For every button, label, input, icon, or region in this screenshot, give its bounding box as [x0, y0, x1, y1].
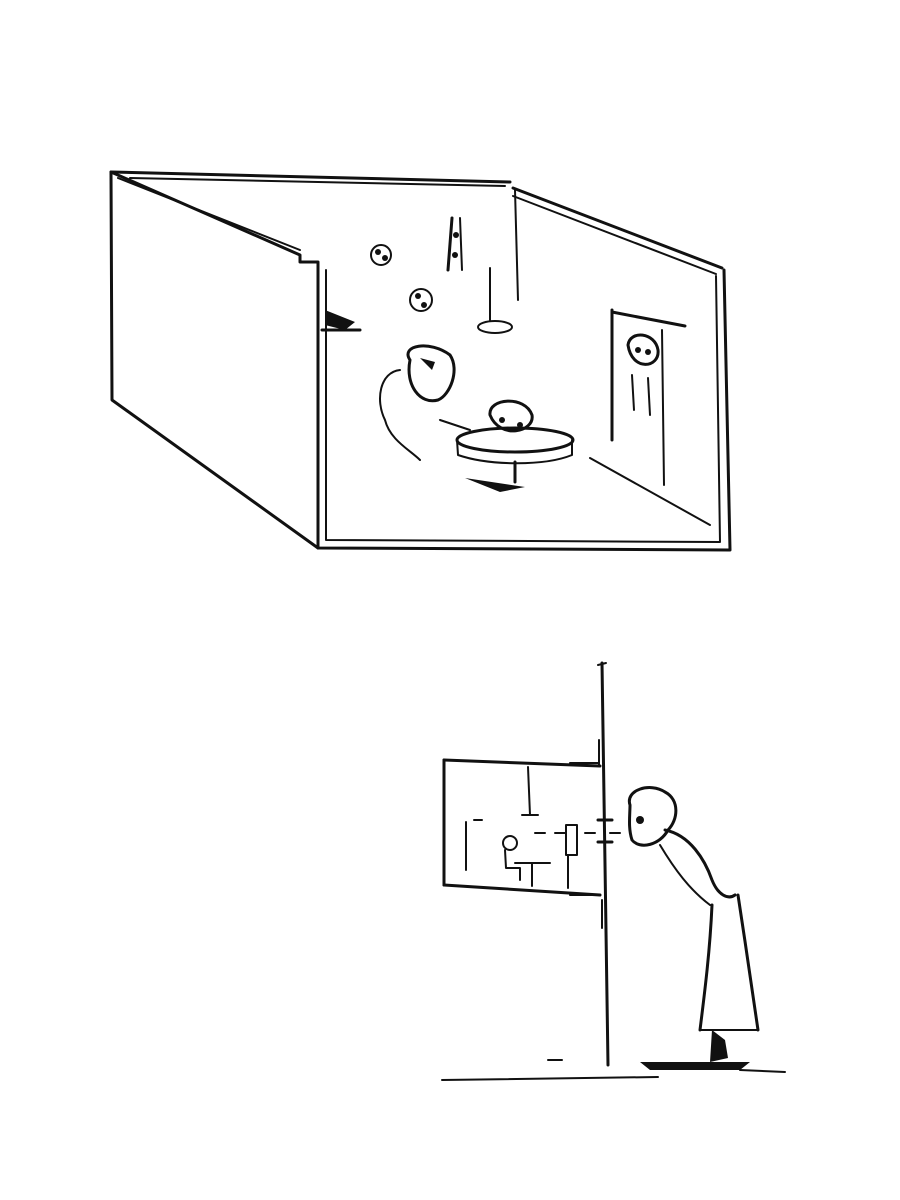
sketch-canvas [0, 0, 900, 1200]
portrait-in-doorway [612, 310, 685, 485]
round-table [457, 428, 573, 492]
wall-post [598, 663, 608, 1065]
miniature-room [444, 760, 620, 895]
wall-shelf [322, 310, 360, 330]
standing-figure [629, 788, 758, 1070]
head-on-table [490, 401, 532, 431]
hanging-lamp [478, 268, 512, 333]
wall-portraits [371, 218, 462, 311]
